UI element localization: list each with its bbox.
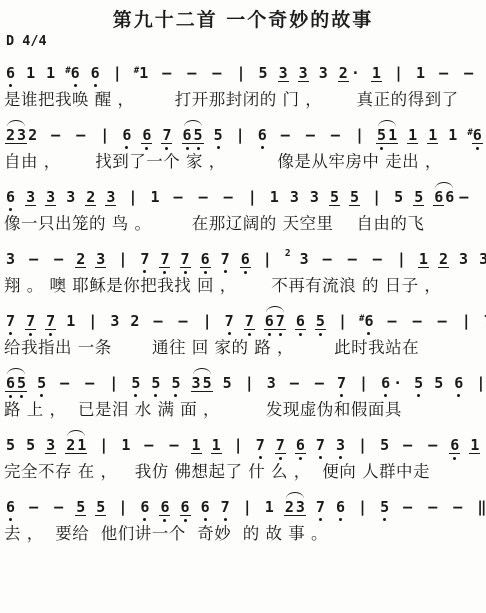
note-digit: 6	[380, 376, 391, 391]
notation-line: 5 5 3 21 | 1 – – 1 1 | 7 7 6 7 3 | 5 – –…	[4, 427, 482, 463]
note-digit: 5	[130, 376, 141, 391]
note-digit: 1	[415, 66, 426, 81]
note-digit: 7	[220, 500, 231, 515]
note-digit: 5	[193, 128, 204, 144]
slur-group: 21	[65, 438, 87, 454]
note-digit: 2	[75, 252, 86, 268]
note-digit: 5	[258, 66, 269, 81]
note-digit: 2	[284, 500, 295, 516]
note-digit: 5	[75, 500, 86, 516]
duration-dash: –	[47, 126, 63, 144]
barline: |	[240, 498, 255, 516]
note-digit: 1	[418, 252, 429, 268]
duration-dash: –	[81, 374, 97, 392]
note-digit: 3	[191, 376, 202, 392]
note-digit: 3	[45, 438, 56, 454]
barline: |	[352, 126, 367, 144]
note-digit: 5	[349, 190, 360, 206]
note-digit: 3	[289, 190, 300, 205]
note-digit: 7	[220, 252, 231, 267]
lyrics-line: 翔 。 噢 耶稣是你把我找 回 ， 不再有流浪 的 日子 ，	[4, 277, 482, 296]
duration-dash: –	[399, 498, 415, 516]
note-digit: 7	[180, 252, 191, 268]
barline: |	[335, 312, 350, 330]
note-digit: 5	[413, 376, 424, 391]
duration-dash: –	[384, 312, 400, 330]
note-digit: 1	[469, 438, 480, 454]
duration-dash: –	[460, 64, 476, 82]
slur-group: 35	[191, 376, 213, 392]
barline: |	[355, 436, 370, 454]
note-digit: 2	[338, 66, 349, 82]
note-digit: 7	[275, 438, 286, 454]
score-system: 7 7 7 1 | 3 2 – – | 7 7 67 6 5 | #6 – – …	[4, 303, 482, 358]
note-digit: 1	[407, 128, 418, 144]
duration-dash: –	[149, 312, 165, 330]
note-digit: 1	[120, 438, 131, 453]
barline: |	[96, 436, 111, 454]
note-digit: 3	[266, 376, 277, 391]
key-time-signature: D 4/4	[6, 33, 482, 49]
note-digit: 7	[315, 500, 326, 515]
barline: |	[394, 250, 409, 268]
barline: |	[97, 126, 112, 144]
slur-group: 67	[264, 314, 286, 330]
barline: |	[480, 188, 486, 206]
grace-note: 2	[285, 248, 291, 259]
note-digit: 5	[329, 190, 340, 206]
note-digit: 6	[335, 500, 346, 515]
note-digit: 7	[161, 128, 172, 144]
augmentation-dot: ·	[349, 64, 362, 82]
note-digit: 1	[191, 438, 202, 454]
note-digit: 6	[363, 314, 374, 329]
lyrics-line: 给我指出 一条 通往 回 家的 路 ， 此时我站在	[4, 339, 482, 358]
note-digit: 6	[200, 252, 211, 268]
note-digit: 5	[376, 128, 387, 144]
duration-dash: –	[195, 188, 211, 206]
note-digit: 3	[5, 252, 16, 267]
duration-dash: –	[319, 250, 335, 268]
note-digit: 1	[211, 438, 222, 454]
duration-dash: –	[327, 126, 343, 144]
duration-dash: –	[434, 312, 450, 330]
duration-dash: –	[183, 64, 199, 82]
note-digit: 7	[224, 314, 235, 329]
note-digit: 5	[222, 376, 233, 391]
note-digit: 6	[90, 66, 101, 81]
duration-dash: –	[72, 126, 88, 144]
barline: |	[355, 498, 370, 516]
score-system: 3 – – 2 3 | 7 7 7 6 7 6 | 2 3 – – – | 1 …	[4, 241, 482, 296]
note-digit: 7	[244, 314, 255, 330]
duration-dash: –	[50, 498, 66, 516]
note-digit: 3	[478, 252, 486, 267]
note-digit: 7	[275, 314, 286, 330]
slur-group: 23	[284, 500, 306, 516]
note-digit: 5	[379, 438, 390, 453]
note-digit: 1	[264, 500, 275, 515]
note-digit: 1	[45, 66, 56, 81]
duration-dash: –	[311, 374, 327, 392]
note-digit: 3	[318, 66, 329, 81]
notation-line: 6 1 1 #6 6 | #1 – – – | 5 3 3 3 2· 1 | 1…	[4, 55, 482, 91]
note-digit: 7	[139, 252, 150, 267]
duration-dash: –	[170, 188, 186, 206]
note-digit: 5	[202, 376, 213, 392]
note-digit: 3	[95, 252, 106, 268]
note-digit: 2	[5, 128, 16, 144]
sheet-music-page: 第九十二首 一个奇妙的故事 D 4/4 6 1 1 #6 6 | #1 – – …	[0, 0, 486, 544]
note-digit: 7	[159, 252, 170, 268]
barline: |	[233, 64, 248, 82]
note-digit: 6	[240, 252, 251, 268]
barline: |	[260, 250, 275, 268]
barline: |	[115, 250, 130, 268]
note-digit: 3	[65, 190, 76, 205]
score-system: 232 – – | 6 6 7 65 5 | 6 – – – | 51 1 1 …	[4, 117, 482, 172]
lyrics-line: 路 上 ， 已是泪 水 满 面 ， 发现虚伪和假面具	[4, 401, 482, 420]
note-digit: 5	[393, 190, 404, 205]
barline: |	[369, 188, 384, 206]
note-digit: 3	[298, 66, 309, 82]
note-digit: 6	[257, 128, 268, 143]
note-digit: 6	[264, 314, 275, 330]
duration-dash: –	[455, 188, 471, 206]
note-digit: 7	[45, 314, 56, 330]
note-digit: 1	[76, 438, 87, 454]
slur-group: 65	[5, 376, 27, 392]
duration-dash: –	[277, 126, 293, 144]
duration-dash: –	[56, 374, 72, 392]
note-digit: 6	[200, 500, 211, 515]
barline: ‖	[474, 498, 486, 516]
note-digit: 6	[139, 500, 150, 515]
lyrics-line: 像一只出笼的 鸟 。 在那辽阔的 天空里 自由的飞	[4, 215, 482, 234]
barline: |	[115, 498, 130, 516]
notation-line: 7 7 7 1 | 3 2 – – | 7 7 67 6 5 | #6 – – …	[4, 303, 482, 339]
duration-dash: –	[424, 498, 440, 516]
note-digit: 6	[5, 376, 16, 392]
note-digit: 6	[295, 438, 306, 454]
note-digit: 6	[5, 500, 16, 515]
duration-dash: –	[25, 250, 41, 268]
notation-line: 6 3 3 3 2 3 | 1 – – – | 1 3 3 5 5 | 5 5 …	[4, 179, 482, 215]
note-digit: 7	[5, 314, 16, 329]
lyrics-line: 完全不存 在 ， 我仿 佛想起了 什 么 ， 便向 人群中走	[4, 463, 482, 482]
note-digit: 7	[315, 438, 326, 453]
duration-dash: –	[369, 250, 385, 268]
duration-dash: –	[208, 64, 224, 82]
notation-line: 6 – – 5 5 | 6 6 6 6 7 | 1 23 7 6 | 5 – –…	[4, 489, 482, 525]
barline: |	[459, 312, 474, 330]
note-digit: 5	[379, 500, 390, 515]
note-digit: 7	[255, 438, 266, 453]
notation-line: 65 5 – – | 5 5 5 35 5 | 3 – – 7 | 6· 5 5…	[4, 365, 482, 401]
note-digit: 6	[141, 128, 152, 144]
duration-dash: –	[302, 126, 318, 144]
note-digit: 3	[105, 190, 116, 206]
augmentation-dot: ·	[391, 374, 404, 392]
score-system: 6 3 3 3 2 3 | 1 – – – | 1 3 3 5 5 | 5 5 …	[4, 179, 482, 234]
note-digit: 3	[335, 438, 346, 453]
note-digit: 3	[16, 128, 27, 144]
lyrics-line: 去 ， 要给 他们讲一个 奇妙 的 故 事 。	[4, 525, 482, 544]
note-digit: 3	[278, 66, 289, 82]
barline: |	[200, 312, 215, 330]
barline: |	[85, 312, 100, 330]
barline: |	[356, 374, 371, 392]
barline: |	[391, 64, 406, 82]
note-digit: 3	[45, 190, 56, 206]
duration-dash: –	[50, 250, 66, 268]
duration-dash: –	[175, 312, 191, 330]
slur-group: 66	[433, 190, 455, 206]
note-digit: 6	[5, 190, 16, 205]
note-digit: 6	[159, 500, 170, 516]
note-digit: 6	[295, 314, 306, 330]
note-digit: 6	[444, 190, 455, 205]
score-system: 6 1 1 #6 6 | #1 – – – | 5 3 3 3 2· 1 | 1…	[4, 55, 482, 110]
song-title: 第九十二首 一个奇妙的故事	[4, 5, 482, 32]
note-digit: 5	[16, 376, 27, 392]
duration-dash: –	[158, 64, 174, 82]
note-digit: 6	[449, 438, 460, 454]
barline: |	[473, 374, 486, 392]
note-digit: 5	[5, 438, 16, 453]
note-digit: 3	[25, 190, 36, 206]
note-digit: 6	[121, 128, 132, 143]
note-digit: 5	[433, 376, 444, 391]
note-digit: 2	[438, 252, 449, 268]
note-digit: 1	[149, 190, 160, 205]
note-digit: 3	[299, 252, 310, 267]
duration-dash: –	[140, 436, 156, 454]
note-digit: 1	[138, 66, 149, 81]
barline: |	[242, 374, 257, 392]
note-digit: 3	[295, 500, 306, 516]
note-digit: 7	[25, 314, 36, 330]
note-digit: 3	[109, 314, 120, 329]
note-digit: 2	[65, 438, 76, 454]
note-digit: 5	[213, 128, 224, 143]
note-digit: 1	[65, 314, 76, 329]
note-digit: 6	[433, 190, 444, 206]
note-digit: 1	[269, 190, 280, 205]
note-digit: 6	[5, 66, 16, 81]
score-body: 6 1 1 #6 6 | #1 – – – | 5 3 3 3 2· 1 | 1…	[4, 55, 482, 544]
notation-line: 3 – – 2 3 | 7 7 7 6 7 6 | 2 3 – – – | 1 …	[4, 241, 482, 277]
note-digit: 5	[413, 190, 424, 206]
note-digit: 5	[25, 438, 36, 453]
duration-dash: –	[286, 374, 302, 392]
duration-dash: –	[449, 498, 465, 516]
duration-dash: –	[220, 188, 236, 206]
note-digit: 1	[371, 66, 382, 82]
duration-dash: –	[165, 436, 181, 454]
score-system: 5 5 3 21 | 1 – – 1 1 | 7 7 6 7 3 | 5 – –…	[4, 427, 482, 482]
duration-dash: –	[435, 64, 451, 82]
note-digit: 1	[387, 128, 398, 144]
note-digit: 1	[25, 66, 36, 81]
duration-dash: –	[409, 312, 425, 330]
barline: |	[110, 64, 125, 82]
barline: |	[245, 188, 260, 206]
note-digit: 6	[453, 376, 464, 391]
slur-group: 23	[5, 128, 27, 144]
note-digit: 5	[315, 314, 326, 330]
note-digit: 1	[447, 128, 458, 143]
score-system: 65 5 – – | 5 5 5 35 5 | 3 – – 7 | 6· 5 5…	[4, 365, 482, 420]
note-digit: 5	[36, 376, 47, 391]
note-digit: 5	[170, 376, 181, 391]
duration-dash: –	[424, 436, 440, 454]
note-digit: 2	[129, 314, 140, 329]
note-digit: 6	[70, 66, 81, 81]
lyrics-line: 是谁把我唤 醒 ， 打开那封闭的 门 ， 真正的得到了	[4, 91, 482, 110]
barline: |	[233, 126, 248, 144]
note-digit: 3	[458, 252, 469, 267]
note-digit: 3	[309, 190, 320, 205]
note-digit: 6	[182, 128, 193, 144]
barline: |	[231, 436, 246, 454]
note-digit: 2	[85, 190, 96, 206]
slur-group: 51	[376, 128, 398, 144]
barline: |	[125, 188, 140, 206]
duration-dash: –	[344, 250, 360, 268]
barline: |	[106, 374, 121, 392]
score-system: 6 – – 5 5 | 6 6 6 6 7 | 1 23 7 6 | 5 – –…	[4, 489, 482, 544]
note-digit: 7	[336, 376, 347, 391]
slur-group: 65	[182, 128, 204, 144]
duration-dash: –	[25, 498, 41, 516]
note-digit: 5	[150, 376, 161, 391]
note-digit: 6	[472, 128, 483, 144]
duration-dash: –	[399, 436, 415, 454]
notation-line: 232 – – | 6 6 7 65 5 | 6 – – – | 51 1 1 …	[4, 117, 482, 153]
note-digit: 6	[180, 500, 191, 516]
note-digit: 5	[95, 500, 106, 516]
note-digit: 2	[27, 128, 38, 143]
note-digit: 1	[427, 128, 438, 144]
lyrics-line: 自由 ， 找到了一个 家 ， 像是从牢房中 走出 ，	[4, 153, 482, 172]
